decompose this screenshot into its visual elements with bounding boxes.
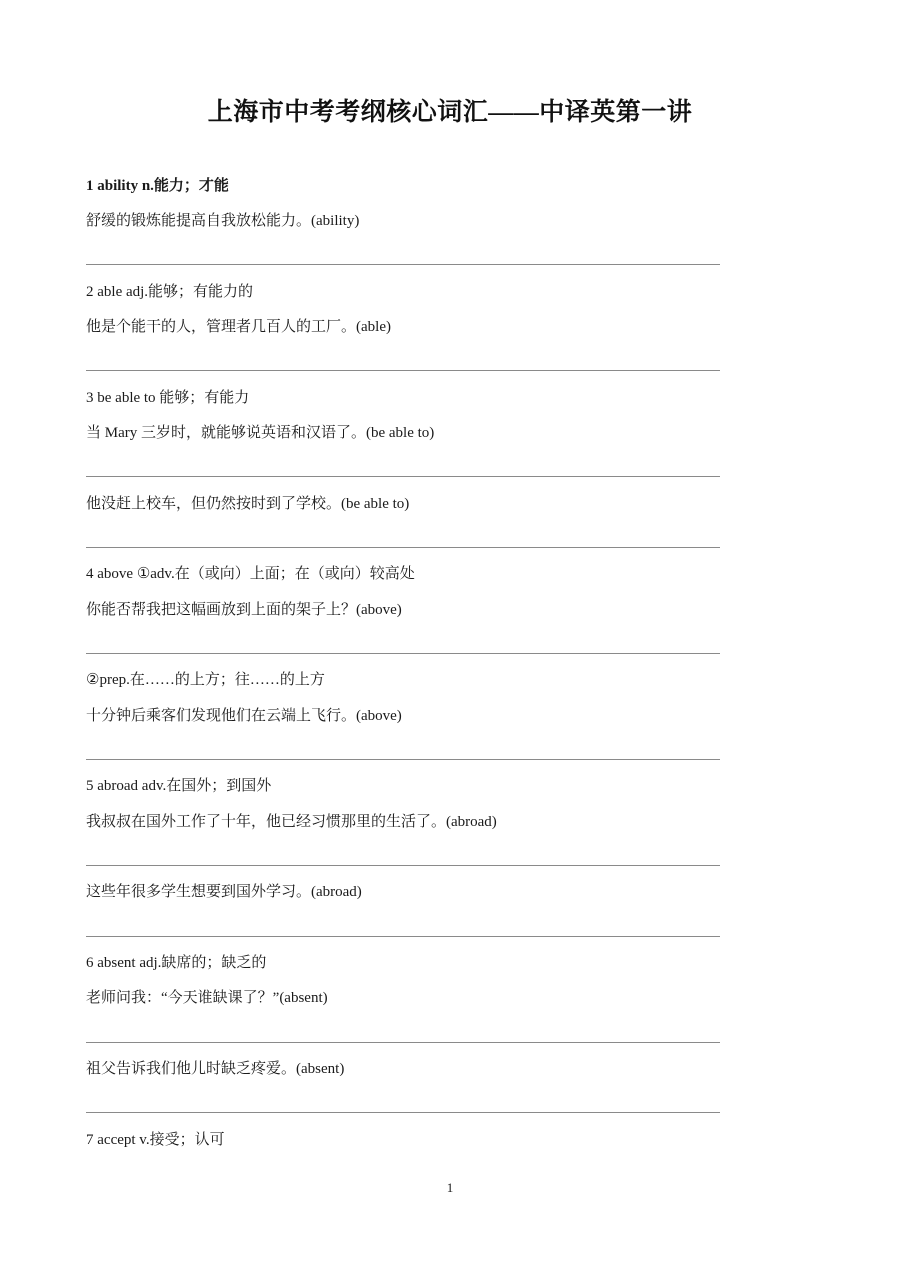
sentence-prompt: 你能否帮我把这幅画放到上面的架子上？(above) xyxy=(86,600,402,620)
headword-accept: 7 accept v.接受；认可 xyxy=(86,1130,225,1150)
sentence-prompt: 当 Mary 三岁时，就能够说英语和汉语了。(be able to) xyxy=(86,423,434,443)
headword-be-able-to: 3 be able to 能够；有能力 xyxy=(86,388,249,408)
answer-line[interactable] xyxy=(86,547,720,548)
headword-ability: 1 ability n.能力；才能 xyxy=(86,176,229,196)
answer-line[interactable] xyxy=(86,936,720,937)
answer-line[interactable] xyxy=(86,264,720,265)
headword-above: 4 above ①adv.在（或向）上面；在（或向）较高处 xyxy=(86,564,415,584)
headword-above-prep: ②prep.在……的上方；往……的上方 xyxy=(86,670,325,690)
answer-line[interactable] xyxy=(86,370,720,371)
answer-line[interactable] xyxy=(86,476,720,477)
sentence-prompt: 他没赶上校车，但仍然按时到了学校。(be able to) xyxy=(86,494,409,514)
sentence-prompt: 这些年很多学生想要到国外学习。(abroad) xyxy=(86,882,362,902)
answer-line[interactable] xyxy=(86,759,720,760)
sentence-prompt: 我叔叔在国外工作了十年，他已经习惯那里的生活了。(abroad) xyxy=(86,812,497,832)
sentence-prompt: 他是个能干的人，管理者几百人的工厂。(able) xyxy=(86,317,391,337)
sentence-prompt: 老师问我：“今天谁缺课了？”(absent) xyxy=(86,988,328,1008)
answer-line[interactable] xyxy=(86,865,720,866)
document-title: 上海市中考考纲核心词汇——中译英第一讲 xyxy=(0,92,900,128)
sentence-prompt: 祖父告诉我们他儿时缺乏疼爱。(absent) xyxy=(86,1059,344,1079)
answer-line[interactable] xyxy=(86,1042,720,1043)
headword-abroad: 5 abroad adv.在国外；到国外 xyxy=(86,776,271,796)
answer-line[interactable] xyxy=(86,1112,720,1113)
sentence-prompt: 舒缓的锻炼能提高自我放松能力。(ability) xyxy=(86,211,359,231)
sentence-prompt: 十分钟后乘客们发现他们在云端上飞行。(above) xyxy=(86,706,402,726)
headword-absent: 6 absent adj.缺席的；缺乏的 xyxy=(86,953,266,973)
page-number: 1 xyxy=(0,1180,900,1196)
headword-able: 2 able adj.能够；有能力的 xyxy=(86,282,253,302)
answer-line[interactable] xyxy=(86,653,720,654)
